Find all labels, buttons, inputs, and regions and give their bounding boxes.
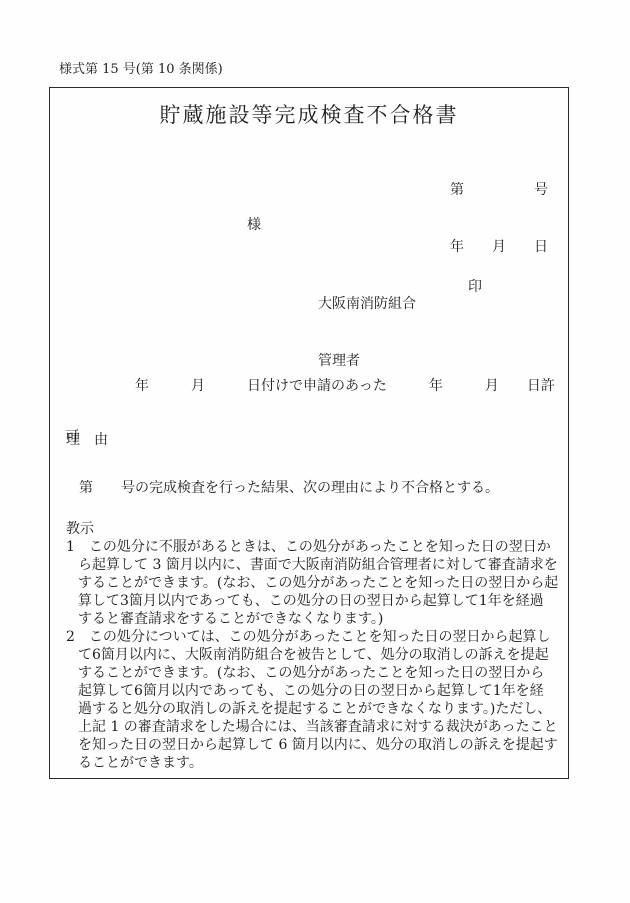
notice-item1-line: すると審査請求をすることができなくなります。) [66,610,571,628]
seal-mark: 印 [468,276,482,296]
form-number-label: 様式第 15 号(第 10 条関係) [59,58,223,77]
document-sheet: 様式第 15 号(第 10 条関係) 貯蔵施設等完成検査不合格書 第 号 年 月… [0,0,630,903]
notice-item2-line: することができます。(なお、この処分があったことを知った日の翌日から [66,664,571,682]
document-title: 貯蔵施設等完成検査不合格書 [50,99,568,129]
notice-item1-line: 1 この処分に不服があるときは、この処分があったことを知った日の翌日か [66,538,571,556]
doc-number-line: 第 号 [450,181,548,200]
appeal-notice-section: 教示 1 この処分に不服があるときは、この処分があったことを知った日の翌日か ら… [66,520,571,772]
notice-item2-line: 過すると処分の取消しの訴えを提起することができなくなります。)ただし、 [66,700,571,718]
notice-item2-line: ることができます。 [66,754,571,772]
issue-date-line: 年 月 日 [450,238,548,257]
application-line: 第 号の完成検査を行った結果、次の理由により不合格とする。 [65,480,565,497]
notice-item2-line: て6箇月以内に、大阪南消防組合を被告として、処分の取消しの訴えを提起 [66,646,571,664]
doc-number-date-block: 第 号 年 月 日 [450,143,548,295]
notice-item1-line: することができます。(なお、この処分があったことを知った日の翌日から起 [66,574,571,592]
application-line: 年 月 日付けで申請のあった 年 月 日許 [65,378,565,395]
notice-heading: 教示 [66,520,571,538]
notice-item2-line: 起算して6箇月以内であっても、この処分の日の翌日から起算して1年を経 [66,682,571,700]
notice-item1-line: ら起算して 3 箇月以内に、書面で大阪南消防組合管理者に対して審査請求を [66,556,571,574]
issuer-organization: 大阪南消防組合 [318,295,416,314]
document-border-box: 貯蔵施設等完成検査不合格書 第 号 年 月 日 様 大阪南消防組合 管理者 印 … [49,87,569,779]
notice-item1-line: 算して3箇月以内であっても、この処分の日の翌日から起算して1年を経過 [66,592,571,610]
notice-item2-line: 2 この処分については、この処分があったことを知った日の翌日から起算し [66,628,571,646]
addressee-honorific: 様 [247,214,261,234]
application-result-paragraph: 年 月 日付けで申請のあった 年 月 日許 可 第 号の完成検査を行った結果、次… [65,344,565,531]
application-line: 可 [65,429,565,446]
notice-item2-line: を知った日の翌日から起算して 6 箇月以内に、処分の取消しの訴えを提起す [66,736,571,754]
notice-item2-line: 上記 1 の審査請求をした場合には、当該審査請求に対する裁決があったこと [66,718,571,736]
reason-label: 理 由 [66,429,108,449]
